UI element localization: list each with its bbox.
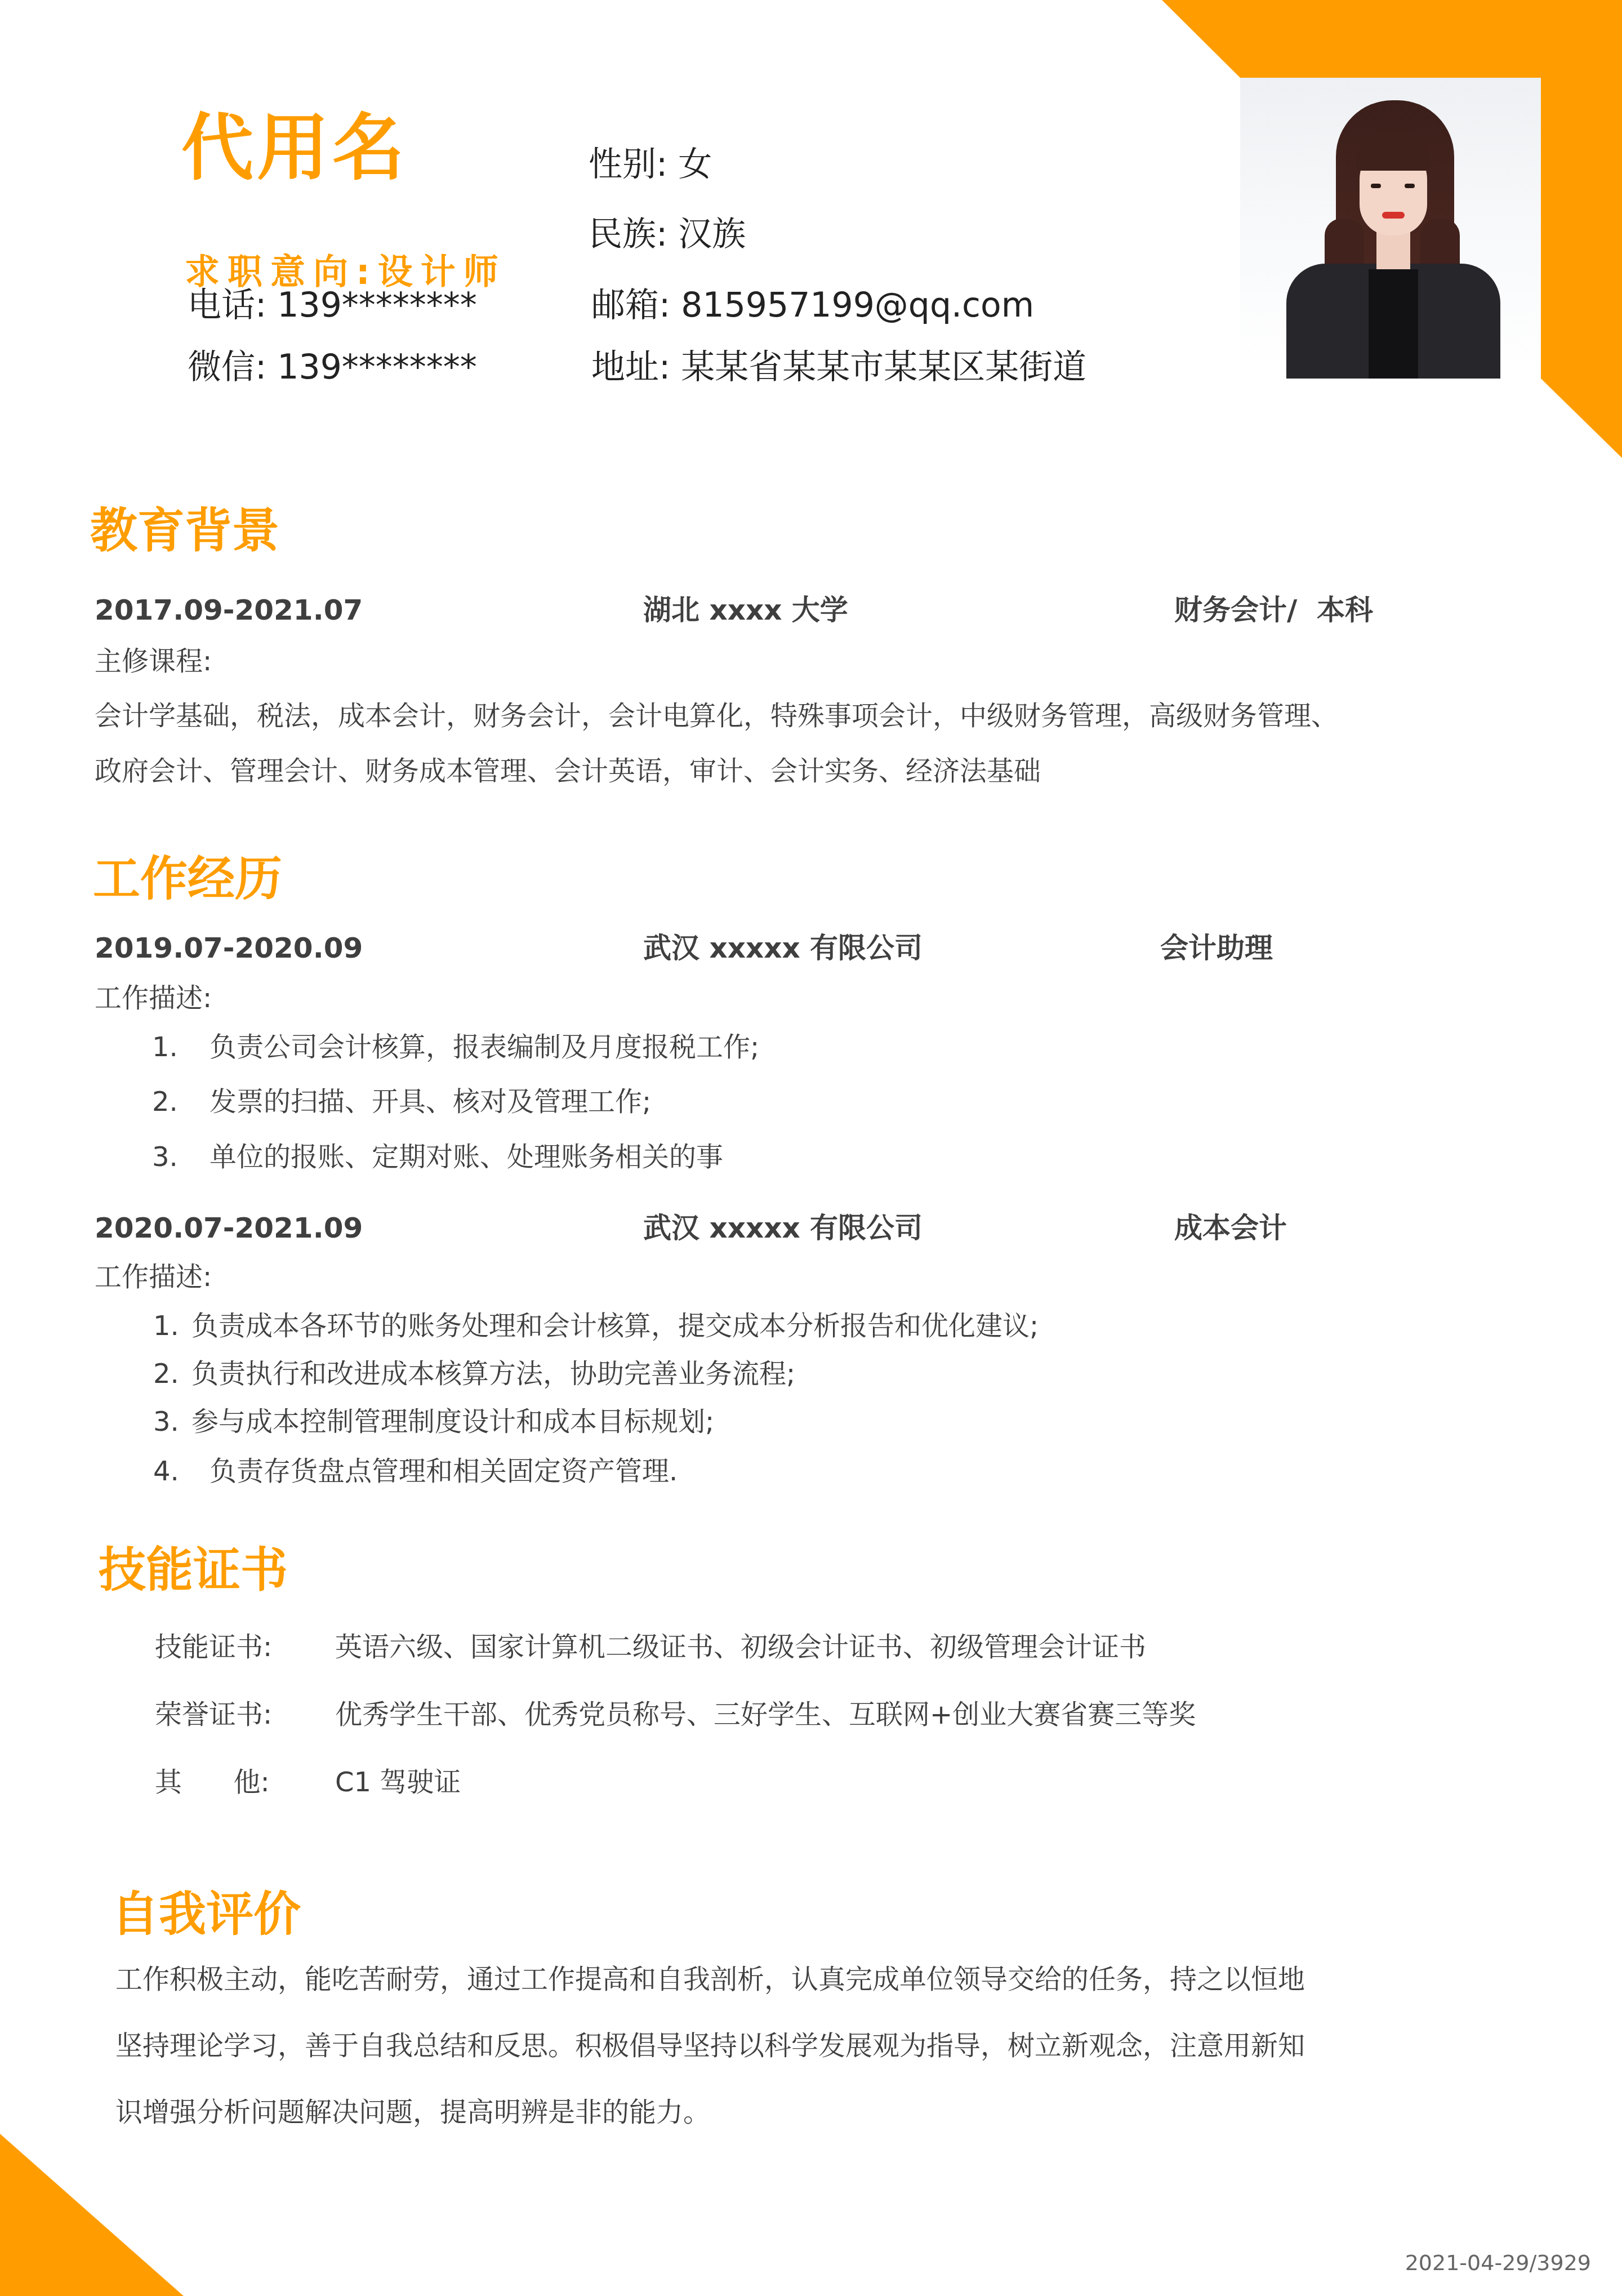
item-text: 负责执行和改进成本核算方法，协助完善业务流程;: [191, 1358, 795, 1390]
skills-value-other: C1 驾驶证: [335, 1769, 461, 1796]
wechat-value: 139********: [277, 348, 477, 387]
work-2-item-1: 1.负责成本各环节的账务处理和会计核算，提交成本分析报告和优化建议;: [153, 1312, 1039, 1340]
photo-lips: [1382, 212, 1405, 219]
wechat-field: 微信: 139********: [188, 350, 477, 384]
item-number: 2.: [152, 1088, 210, 1115]
phone-field: 电话: 139********: [188, 288, 477, 322]
skills-value-certs: 英语六级、国家计算机二级证书、初级会计证书、初级管理会计证书: [335, 1634, 1146, 1661]
education-school: 湖北 xxxx 大学: [643, 596, 848, 624]
work-1-company: 武汉 xxxxx 有限公司: [643, 934, 923, 962]
candidate-name: 代用名: [181, 113, 408, 185]
job-intent: 求职意向:设计师: [185, 255, 506, 290]
phone-value: 139********: [277, 286, 477, 325]
address-field: 地址: 某某省某某市某某区某街道: [591, 350, 1086, 384]
wechat-label: 微信:: [188, 348, 266, 387]
skills-label-certs: 技能证书:: [155, 1634, 272, 1661]
work-2-item-2: 2.负责执行和改进成本核算方法，协助完善业务流程;: [153, 1360, 795, 1387]
address-value: 某某省某某市某某区某街道: [681, 348, 1086, 387]
gender-field: 性别: 女: [589, 148, 712, 181]
section-title-education: 教育背景: [90, 507, 279, 554]
item-text: 单位的报账、定期对账、处理账务相关的事: [210, 1141, 723, 1173]
section-title-self-evaluation: 自我评价: [112, 1890, 301, 1938]
work-2-item-4: 4.负责存货盘点管理和相关固定资产管理.: [153, 1458, 678, 1485]
ethnicity-value: 汉族: [678, 215, 746, 254]
profile-photo: [1240, 78, 1541, 379]
email-label: 邮箱:: [591, 286, 670, 325]
courses-line-2: 政府会计、管理会计、财务成本管理、会计英语，审计、会计实务、经济法基础: [95, 758, 1041, 785]
self-eval-line-2: 坚持理论学习，善于自我总结和反思。积极倡导坚持以科学发展观为指导，树立新观念，注…: [115, 2032, 1305, 2059]
photo-eye-right: [1405, 184, 1415, 188]
photo-neck: [1376, 230, 1410, 269]
section-title-work: 工作经历: [93, 855, 282, 902]
photo-inner-shirt: [1369, 269, 1418, 379]
self-eval-line-1: 工作积极主动，能吃苦耐劳，通过工作提高和自我剖析，认真完成单位领导交给的任务，持…: [115, 1966, 1305, 1993]
work-2-position: 成本会计: [1174, 1214, 1287, 1242]
top-right-band: [1162, 0, 1622, 78]
address-label: 地址:: [591, 348, 670, 387]
email-field: 邮箱: 815957199@qq.com: [591, 288, 1034, 322]
skills-label-honors: 荣誉证书:: [155, 1701, 272, 1728]
education-period: 2017.09-2021.07: [95, 596, 363, 624]
courses-label: 主修课程:: [95, 648, 212, 675]
work-1-item-3: 3.单位的报账、定期对账、处理账务相关的事: [152, 1143, 723, 1171]
item-text: 参与成本控制管理制度设计和成本目标规划;: [191, 1406, 714, 1438]
item-text: 负责存货盘点管理和相关固定资产管理.: [210, 1456, 678, 1487]
gender-label: 性别:: [589, 145, 667, 184]
right-side-band: [1541, 78, 1622, 458]
work-1-desc-label: 工作描述:: [95, 985, 212, 1012]
section-title-skills: 技能证书: [99, 1546, 288, 1594]
item-text: 负责成本各环节的账务处理和会计核算，提交成本分析报告和优化建议;: [191, 1310, 1039, 1342]
work-2-company: 武汉 xxxxx 有限公司: [643, 1214, 923, 1242]
skills-value-honors: 优秀学生干部、优秀党员称号、三好学生、互联网+创业大赛省赛三等奖: [335, 1701, 1196, 1728]
courses-line-1: 会计学基础，税法，成本会计，财务会计，会计电算化，特殊事项会计，中级财务管理，高…: [95, 702, 1338, 729]
work-2-desc-label: 工作描述:: [95, 1263, 212, 1291]
work-2-item-3: 3.参与成本控制管理制度设计和成本目标规划;: [153, 1408, 714, 1435]
bottom-left-triangle: [0, 2134, 184, 2296]
work-1-item-2: 2.发票的扫描、开具、核对及管理工作;: [152, 1088, 651, 1115]
phone-label: 电话:: [188, 286, 266, 325]
item-number: 1.: [153, 1312, 191, 1340]
gender-value: 女: [678, 145, 712, 184]
ethnicity-label: 民族:: [589, 215, 667, 254]
work-1-item-1: 1.负责公司会计核算，报表编制及月度报税工作;: [152, 1034, 759, 1061]
item-number: 2.: [153, 1360, 191, 1387]
item-number: 3.: [152, 1143, 210, 1171]
self-eval-line-3: 识增强分析问题解决问题，提高明辨是非的能力。: [115, 2099, 710, 2126]
education-major: 财务会计/ 本科: [1174, 596, 1373, 624]
item-text: 负责公司会计核算，报表编制及月度报税工作;: [210, 1031, 759, 1063]
work-2-period: 2020.07-2021.09: [95, 1214, 363, 1242]
photo-eye-left: [1371, 184, 1381, 188]
item-number: 4.: [153, 1458, 210, 1485]
work-1-position: 会计助理: [1160, 934, 1273, 962]
work-1-period: 2019.07-2020.09: [95, 934, 363, 962]
item-number: 1.: [152, 1034, 210, 1061]
skills-label-other: 其 他:: [155, 1769, 270, 1796]
footer-stamp: 2021-04-29/3929: [1405, 2252, 1591, 2273]
item-text: 发票的扫描、开具、核对及管理工作;: [210, 1086, 651, 1118]
item-number: 3.: [153, 1408, 191, 1435]
ethnicity-field: 民族: 汉族: [589, 217, 746, 251]
email-value[interactable]: 815957199@qq.com: [681, 286, 1034, 325]
